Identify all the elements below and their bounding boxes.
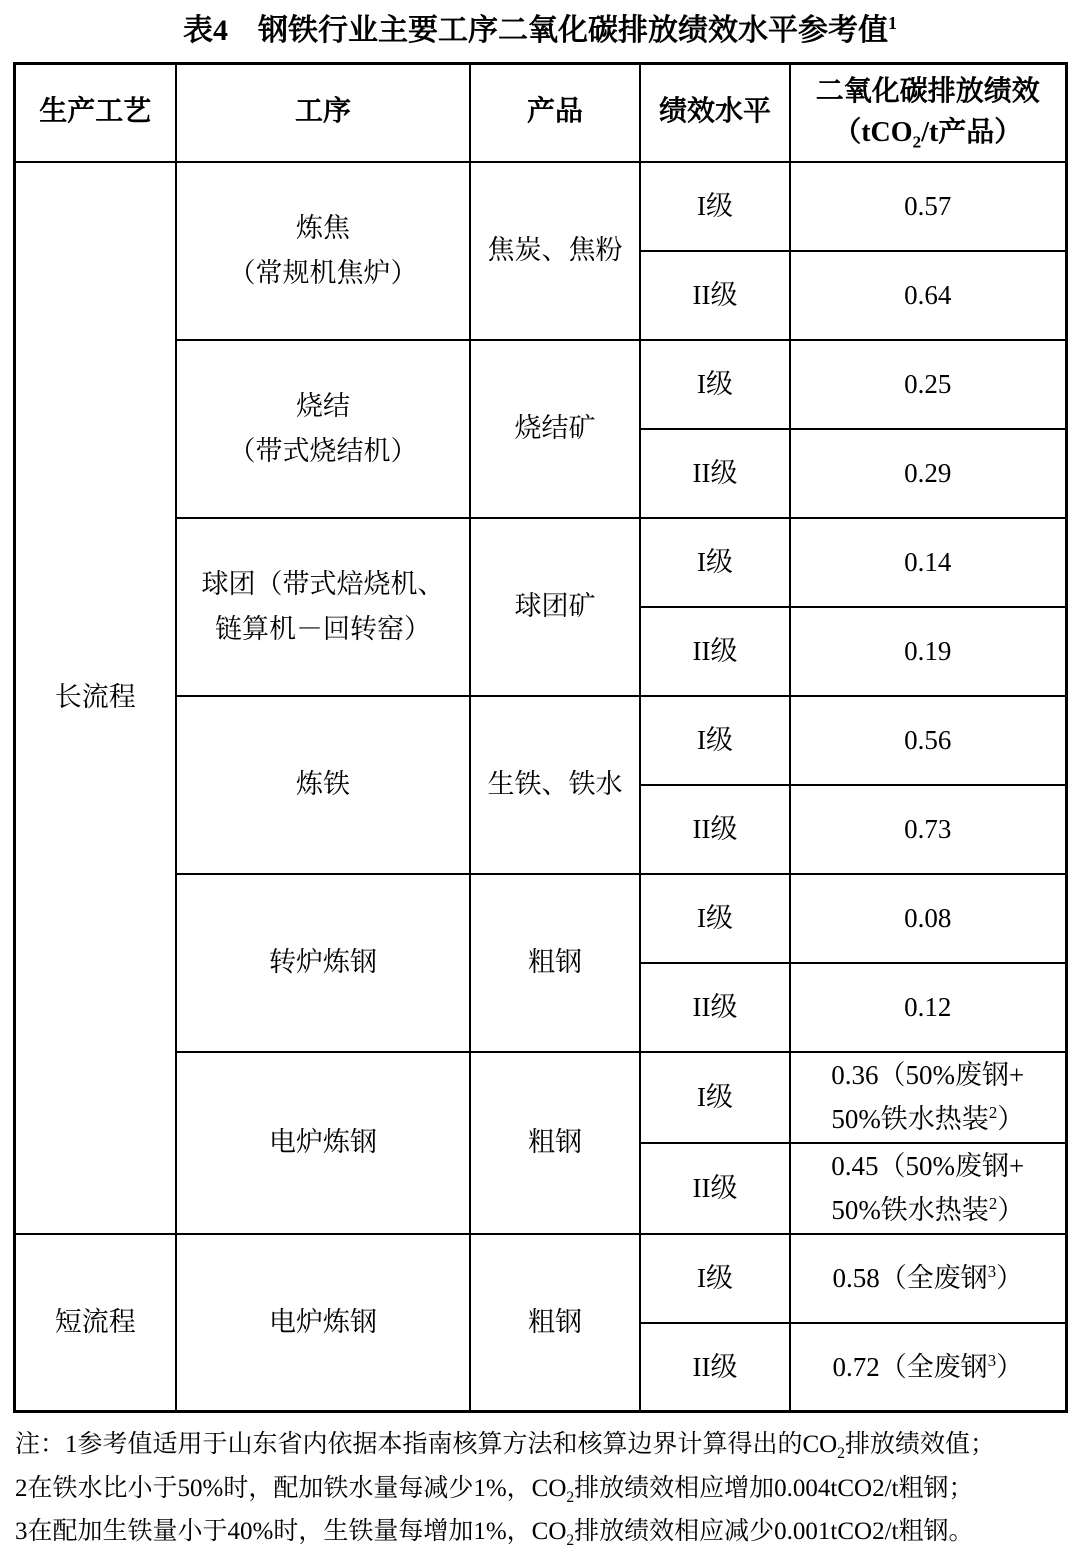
process-route-cell: 短流程 bbox=[14, 1234, 176, 1412]
header-product: 产品 bbox=[470, 64, 640, 162]
value-cell: 0.12 bbox=[790, 963, 1066, 1052]
value-cell: 0.58（全废钢3） bbox=[790, 1234, 1066, 1323]
level-cell: II级 bbox=[640, 1323, 790, 1412]
note-line-3: 3在配加生铁量小于40%时，生铁量每增加1%，CO2排放绩效相应减少0.001t… bbox=[15, 1510, 1065, 1551]
process-route-cell: 长流程 bbox=[14, 162, 176, 1234]
value-cell: 0.45（50%废钢+50%铁水热装2） bbox=[790, 1143, 1066, 1234]
table-title: 表4 钢铁行业主要工序二氧化碳排放绩效水平参考值1 bbox=[0, 0, 1080, 49]
header-row: 生产工艺 工序 产品 绩效水平 二氧化碳排放绩效（tCO2/t产品） bbox=[14, 64, 1066, 162]
process-cell: 电炉炼钢 bbox=[176, 1234, 470, 1412]
value-cell: 0.29 bbox=[790, 429, 1066, 518]
value-cell: 0.64 bbox=[790, 251, 1066, 340]
product-cell: 粗钢 bbox=[470, 874, 640, 1052]
value-cell: 0.14 bbox=[790, 518, 1066, 607]
product-cell: 粗钢 bbox=[470, 1052, 640, 1234]
level-cell: II级 bbox=[640, 607, 790, 696]
process-cell: 转炉炼钢 bbox=[176, 874, 470, 1052]
level-cell: II级 bbox=[640, 251, 790, 340]
level-cell: II级 bbox=[640, 429, 790, 518]
product-cell: 球团矿 bbox=[470, 518, 640, 696]
emission-performance-table: 生产工艺 工序 产品 绩效水平 二氧化碳排放绩效（tCO2/t产品） 长流程炼焦… bbox=[13, 62, 1068, 1413]
level-cell: I级 bbox=[640, 1234, 790, 1323]
table-row: 长流程炼焦（常规机焦炉）焦炭、焦粉I级0.57 bbox=[14, 162, 1066, 251]
process-cell: 球团（带式焙烧机、链算机－回转窑） bbox=[176, 518, 470, 696]
header-process-route: 生产工艺 bbox=[14, 64, 176, 162]
table-row: 短流程电炉炼钢粗钢I级0.58（全废钢3） bbox=[14, 1234, 1066, 1323]
process-cell: 炼铁 bbox=[176, 696, 470, 874]
process-cell: 烧结（带式烧结机） bbox=[176, 340, 470, 518]
level-cell: I级 bbox=[640, 518, 790, 607]
level-cell: I级 bbox=[640, 340, 790, 429]
header-level: 绩效水平 bbox=[640, 64, 790, 162]
level-cell: I级 bbox=[640, 874, 790, 963]
process-cell: 电炉炼钢 bbox=[176, 1052, 470, 1234]
value-cell: 0.56 bbox=[790, 696, 1066, 785]
footnotes: 注：1参考值适用于山东省内依据本指南核算方法和核算边界计算得出的CO2排放绩效值… bbox=[15, 1423, 1065, 1551]
value-cell: 0.36（50%废钢+50%铁水热装2） bbox=[790, 1052, 1066, 1143]
level-cell: I级 bbox=[640, 696, 790, 785]
level-cell: I级 bbox=[640, 162, 790, 251]
level-cell: II级 bbox=[640, 1143, 790, 1234]
document-page: 表4 钢铁行业主要工序二氧化碳排放绩效水平参考值1 生产工艺 工序 产品 绩效水… bbox=[0, 0, 1080, 1551]
level-cell: II级 bbox=[640, 785, 790, 874]
product-cell: 生铁、铁水 bbox=[470, 696, 640, 874]
process-cell: 炼焦（常规机焦炉） bbox=[176, 162, 470, 340]
note-line-1: 注：1参考值适用于山东省内依据本指南核算方法和核算边界计算得出的CO2排放绩效值… bbox=[15, 1423, 1065, 1467]
value-cell: 0.57 bbox=[790, 162, 1066, 251]
value-cell: 0.72（全废钢3） bbox=[790, 1323, 1066, 1412]
note-line-2: 2在铁水比小于50%时，配加铁水量每减少1%，CO2排放绩效相应增加0.004t… bbox=[15, 1467, 1065, 1511]
product-cell: 焦炭、焦粉 bbox=[470, 162, 640, 340]
value-cell: 0.08 bbox=[790, 874, 1066, 963]
header-process: 工序 bbox=[176, 64, 470, 162]
product-cell: 烧结矿 bbox=[470, 340, 640, 518]
level-cell: I级 bbox=[640, 1052, 790, 1143]
header-co2-performance: 二氧化碳排放绩效（tCO2/t产品） bbox=[790, 64, 1066, 162]
product-cell: 粗钢 bbox=[470, 1234, 640, 1412]
value-cell: 0.73 bbox=[790, 785, 1066, 874]
value-cell: 0.25 bbox=[790, 340, 1066, 429]
value-cell: 0.19 bbox=[790, 607, 1066, 696]
level-cell: II级 bbox=[640, 963, 790, 1052]
